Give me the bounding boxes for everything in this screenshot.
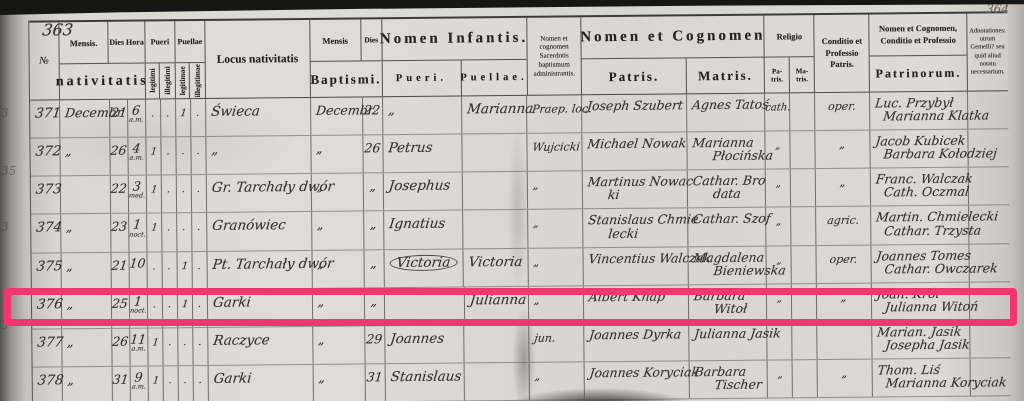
cell-number: 374 <box>31 215 61 252</box>
cell-godparents: Martin. ChmieleckiCathar. Trzysta <box>871 206 969 244</box>
cell-birth-hour: 6a.m. <box>128 100 146 137</box>
cell-annotations <box>969 167 1009 205</box>
cell-birthplace: Świeca <box>206 98 311 136</box>
cell-pueri-illegitimi: . <box>162 214 177 251</box>
cell-father-name: Vincentius Walczak <box>584 247 689 285</box>
cell-pueri-legitimi: . <box>147 252 162 289</box>
header-nomen-cognomen-group: Nomen et Cognomen Patris. Matris. <box>582 16 766 95</box>
header-legitimi: legitimi <box>146 63 161 98</box>
header-rel-matris: Ma- tris. <box>790 57 815 92</box>
cell-godparents: Thom. LiśMarianna Koryciak <box>873 358 971 396</box>
cell-father-profession: agric. <box>816 207 871 245</box>
cell-puellae-illegitimae: . <box>193 366 208 401</box>
header-baptismi-group: Mensis Dies Baptismi. <box>310 19 383 97</box>
cell-infant-name-boy: Stanislaus <box>385 363 465 401</box>
cell-infant-name-girl: Victoria <box>464 248 529 286</box>
cell-religion-father: „ <box>768 360 793 397</box>
cell-birthplace: Garki <box>208 365 313 401</box>
cell-puellae-legitimae: . <box>178 366 193 401</box>
header-patris: Patris. <box>582 58 687 94</box>
cell-birth-day: 21 <box>111 252 129 289</box>
header-inf-puellae: Puellae. <box>461 60 526 96</box>
cell-godparents: Luc. PrzybyłMarianna Klatka <box>870 92 968 130</box>
header-sacerdotis: Nomen et cognomen Sacerdotis baptismum a… <box>527 17 583 95</box>
cell-puellae-legitimae: 1 <box>177 252 192 289</box>
cell-birth-day: 26 <box>112 328 130 365</box>
cell-birth-month: Decembr <box>60 100 110 138</box>
cell-pueri-illegitimi: . <box>163 328 178 365</box>
cell-baptism-month: „ <box>311 174 363 212</box>
cell-puellae-illegitimae: . <box>192 175 207 212</box>
header-nat-dies-hora: Dies Hora <box>109 22 145 63</box>
header-patrinorum-top: Nomen et Cognomen, Conditio et Professio <box>870 14 967 57</box>
folio-number-right: 364 <box>985 3 1009 16</box>
header-legitimae: legitimae <box>176 63 191 98</box>
cell-baptism-day: 31 <box>365 364 385 401</box>
header-conditio: Conditio et Professio Patris. <box>815 15 871 93</box>
table-header: № Mensis. Dies Hora nativitatis Pueri le… <box>29 11 1008 100</box>
cell-number: 372 <box>30 138 60 175</box>
cell-mother-name: Julianna Jasik <box>689 322 767 360</box>
cell-infant-name-girl: Marianna <box>462 96 527 134</box>
header-nomen-cognomen: Nomen et Cognomen <box>582 16 764 60</box>
cell-pueri-legitimi: 1 <box>146 137 161 174</box>
cell-pueri-illegitimi: . <box>161 99 176 136</box>
cell-priest: „ <box>530 362 585 400</box>
cell-birth-day: 31 <box>113 367 131 401</box>
header-inf-pueri: Pueri. <box>382 60 461 96</box>
cell-pueri-legitimi: 1 <box>148 328 163 365</box>
cell-birth-hour: 10 <box>129 252 147 289</box>
table-body: 371 Decembr 21 6a.m. . . 1 . Świeca Dece… <box>30 91 1011 401</box>
cell-godparents: Joannes TomesCathar. Owczarek <box>872 244 970 282</box>
cell-baptism-day: 26 <box>363 135 383 172</box>
cell-religion-mother <box>791 207 816 244</box>
cell-father-name: Michael Nowak <box>583 132 688 170</box>
cell-birthplace: Gr. Tarchały dwór <box>206 174 311 212</box>
cell-birthplace: Pt. Tarchały dwór <box>207 250 312 288</box>
cell-father-profession: oper. <box>815 93 870 131</box>
header-illegitimae: illegitimae <box>190 63 205 98</box>
header-infantis: Nomen Infantis. <box>382 18 526 61</box>
cell-number: 378 <box>33 367 63 401</box>
cell-infant-name-girl <box>465 325 530 363</box>
cell-mother-name: BarbaraTischer <box>690 360 768 398</box>
header-bapt-dies: Dies <box>361 19 381 60</box>
cell-number: 373 <box>31 177 61 214</box>
cell-pueri-illegitimi: . <box>162 175 177 212</box>
header-puellae: Puellae <box>175 21 204 63</box>
cell-puellae-legitimae: . <box>176 137 191 174</box>
cell-infant-name-girl <box>463 134 528 172</box>
cell-number: 371 <box>30 100 60 137</box>
cell-baptism-month: „ <box>313 326 365 364</box>
cell-mother-name: Cathar. Brodata <box>688 170 766 208</box>
cell-birth-hour: 3med. <box>129 176 147 213</box>
cell-pueri-legitimi: 1 <box>147 176 162 213</box>
header-matris: Matris. <box>687 58 765 94</box>
cell-father-name: Joannes Koryciak <box>585 361 690 399</box>
cell-father-name: Joannes Dyrka <box>585 323 690 361</box>
cell-puellae-legitimae: . <box>177 175 192 212</box>
cell-puellae-legitimae: 1 <box>176 99 191 136</box>
header-bapt-label: Baptismi. <box>310 61 381 97</box>
cell-priest: Praep. loc. <box>527 95 582 133</box>
cell-religion-mother <box>791 169 816 206</box>
header-pueri-group: Pueri legitimi illegitimi <box>145 21 176 98</box>
cell-godparents: Marian. JasikJosepha Jasik <box>872 320 970 358</box>
header-nat-label: nativitatis <box>60 64 145 100</box>
header-locus: Locus nativitatis <box>205 20 310 98</box>
cell-baptism-day: 29 <box>365 326 385 363</box>
cell-baptism-month: „ <box>313 364 365 401</box>
cell-baptism-month: Decembr <box>311 97 363 135</box>
header-religio: Religio <box>765 15 814 57</box>
cell-father-profession: „ <box>816 169 871 207</box>
folio-number-left: 363 <box>41 22 73 39</box>
cell-baptism-day: „ <box>364 212 384 249</box>
cell-puellae-illegitimae: . <box>192 251 207 288</box>
tilted-paper: 363 № Mensis. Dies Hora nativitatis Puer… <box>0 0 1024 401</box>
cell-birth-day: 23 <box>111 214 129 251</box>
header-patrinorum-group: Nomen et Cognomen, Conditio et Professio… <box>870 14 968 92</box>
cell-mother-name: MagdalenaBieniewska <box>689 246 767 284</box>
cell-birth-hour: 11a.m. <box>130 328 148 365</box>
cell-puellae-legitimae: . <box>177 213 192 250</box>
cell-baptism-day: „ <box>364 250 384 287</box>
cell-religion-mother <box>790 93 815 130</box>
cell-religion-mother <box>791 131 816 168</box>
cell-priest: „ <box>528 172 583 210</box>
cell-religion-mother <box>793 360 818 397</box>
cell-pueri-legitimi: . <box>146 99 161 136</box>
cell-number: 377 <box>32 329 62 366</box>
cell-pueri-illegitimi: . <box>163 366 178 401</box>
cell-birth-day: 22 <box>111 176 129 213</box>
cell-infant-name-girl <box>463 172 528 210</box>
cell-infant-name-girl <box>464 210 529 248</box>
cell-puellae-illegitimae: . <box>191 99 206 136</box>
cell-birth-month <box>61 176 111 214</box>
cell-priest: „ <box>529 248 584 286</box>
cell-father-name: Joseph Szubert <box>582 94 687 132</box>
cell-infant-name-boy: „ <box>383 96 463 134</box>
cell-birth-month: „ <box>61 214 111 252</box>
cell-birth-hour: 4a.m. <box>128 138 146 175</box>
cell-infant-name-boy: Petrus <box>383 135 463 173</box>
cell-puellae-illegitimae: . <box>191 137 206 174</box>
register-table: № Mensis. Dies Hora nativitatis Pueri le… <box>28 11 1011 401</box>
cell-birth-hour: 1noct. <box>129 214 147 251</box>
cell-birth-hour: 9a.m. <box>130 366 148 401</box>
cell-birthplace: Granówiec <box>207 212 312 250</box>
header-illegitimi: illegitimi <box>160 63 175 98</box>
cell-infant-name-boy: Ignatius <box>384 211 464 249</box>
cell-infant-name-boy: Joannes <box>385 325 465 363</box>
cell-birthplace: „ <box>206 136 311 174</box>
cell-mother-name: Agnes Tatoś <box>687 94 765 132</box>
header-patrinorum: Patrinorum. <box>870 56 967 92</box>
cell-birth-month: „ <box>62 329 112 367</box>
cell-birth-month: „ <box>60 138 110 176</box>
cell-birth-day: 21 <box>110 100 128 137</box>
cell-birth-month: „ <box>61 252 111 290</box>
cell-priest: jun. <box>530 324 585 362</box>
cell-father-name: Martinus Nowacki <box>583 171 688 209</box>
cell-infant-name-boy: Victoria <box>384 249 464 287</box>
cell-birth-day: 26 <box>110 138 128 175</box>
cell-father-profession: oper. <box>817 245 872 283</box>
cell-infant-name-boy: Josephus <box>383 173 463 211</box>
cell-mother-name: Cathar. Szof <box>688 208 766 246</box>
header-infantis-group: Nomen Infantis. Pueri. Puellae. <box>382 18 528 96</box>
cell-father-name: Stanislaus Chmielecki <box>583 209 688 247</box>
cell-godparents: Jacob KubicekBarbara Kołodziej <box>870 130 968 168</box>
cell-baptism-day: „ <box>363 173 383 210</box>
cell-baptism-month: „ <box>312 212 364 250</box>
cell-birthplace: Raczyce <box>208 327 313 365</box>
cell-baptism-day: 22 <box>363 97 383 134</box>
cell-number: 375 <box>31 253 61 290</box>
cell-infant-name-girl <box>465 363 530 401</box>
cell-father-profession: „ <box>815 131 870 169</box>
highlight-box <box>4 288 1017 326</box>
cell-pueri-illegitimi: . <box>162 252 177 289</box>
cell-baptism-month: „ <box>312 250 364 288</box>
cell-baptism-month: „ <box>311 136 363 174</box>
cell-priest: Wujcicki <box>528 133 583 171</box>
header-pueri: Pueri <box>145 21 174 63</box>
cell-pueri-legitimi: 1 <box>148 366 163 401</box>
cell-father-profession <box>817 321 872 359</box>
header-adnotationes: Adnotationes: utrum Gemelli? seu quid al… <box>967 13 1008 90</box>
cell-religion-father: „ <box>766 170 791 207</box>
header-bapt-mensis: Mensis <box>310 19 362 60</box>
cell-pueri-illegitimi: . <box>161 137 176 174</box>
cell-mother-name: MariannaPłocińska <box>688 132 766 170</box>
cell-puellae-legitimae: . <box>178 328 193 365</box>
cell-birth-month: „ <box>63 367 113 401</box>
cell-father-profession: „ <box>818 359 873 397</box>
cell-godparents: Franc. WalczakCath. Oczmal <box>871 168 969 206</box>
cell-religion-mother <box>792 322 817 359</box>
cell-religion-mother <box>792 246 817 283</box>
register-scan-page: Annus Domini 187 3 35 3 3 364 363 № Mens… <box>0 0 1024 401</box>
header-religio-group: Religio Pa- tris. Ma- tris. <box>765 15 816 92</box>
cell-priest: „ <box>528 210 583 248</box>
cell-puellae-illegitimae: . <box>192 213 207 250</box>
header-puellae-group: Puellae legitimae illegitimae <box>175 21 206 98</box>
cell-puellae-illegitimae: . <box>193 328 208 365</box>
cell-pueri-legitimi: 1 <box>147 214 162 251</box>
header-rel-patris: Pa- tris. <box>765 57 790 92</box>
